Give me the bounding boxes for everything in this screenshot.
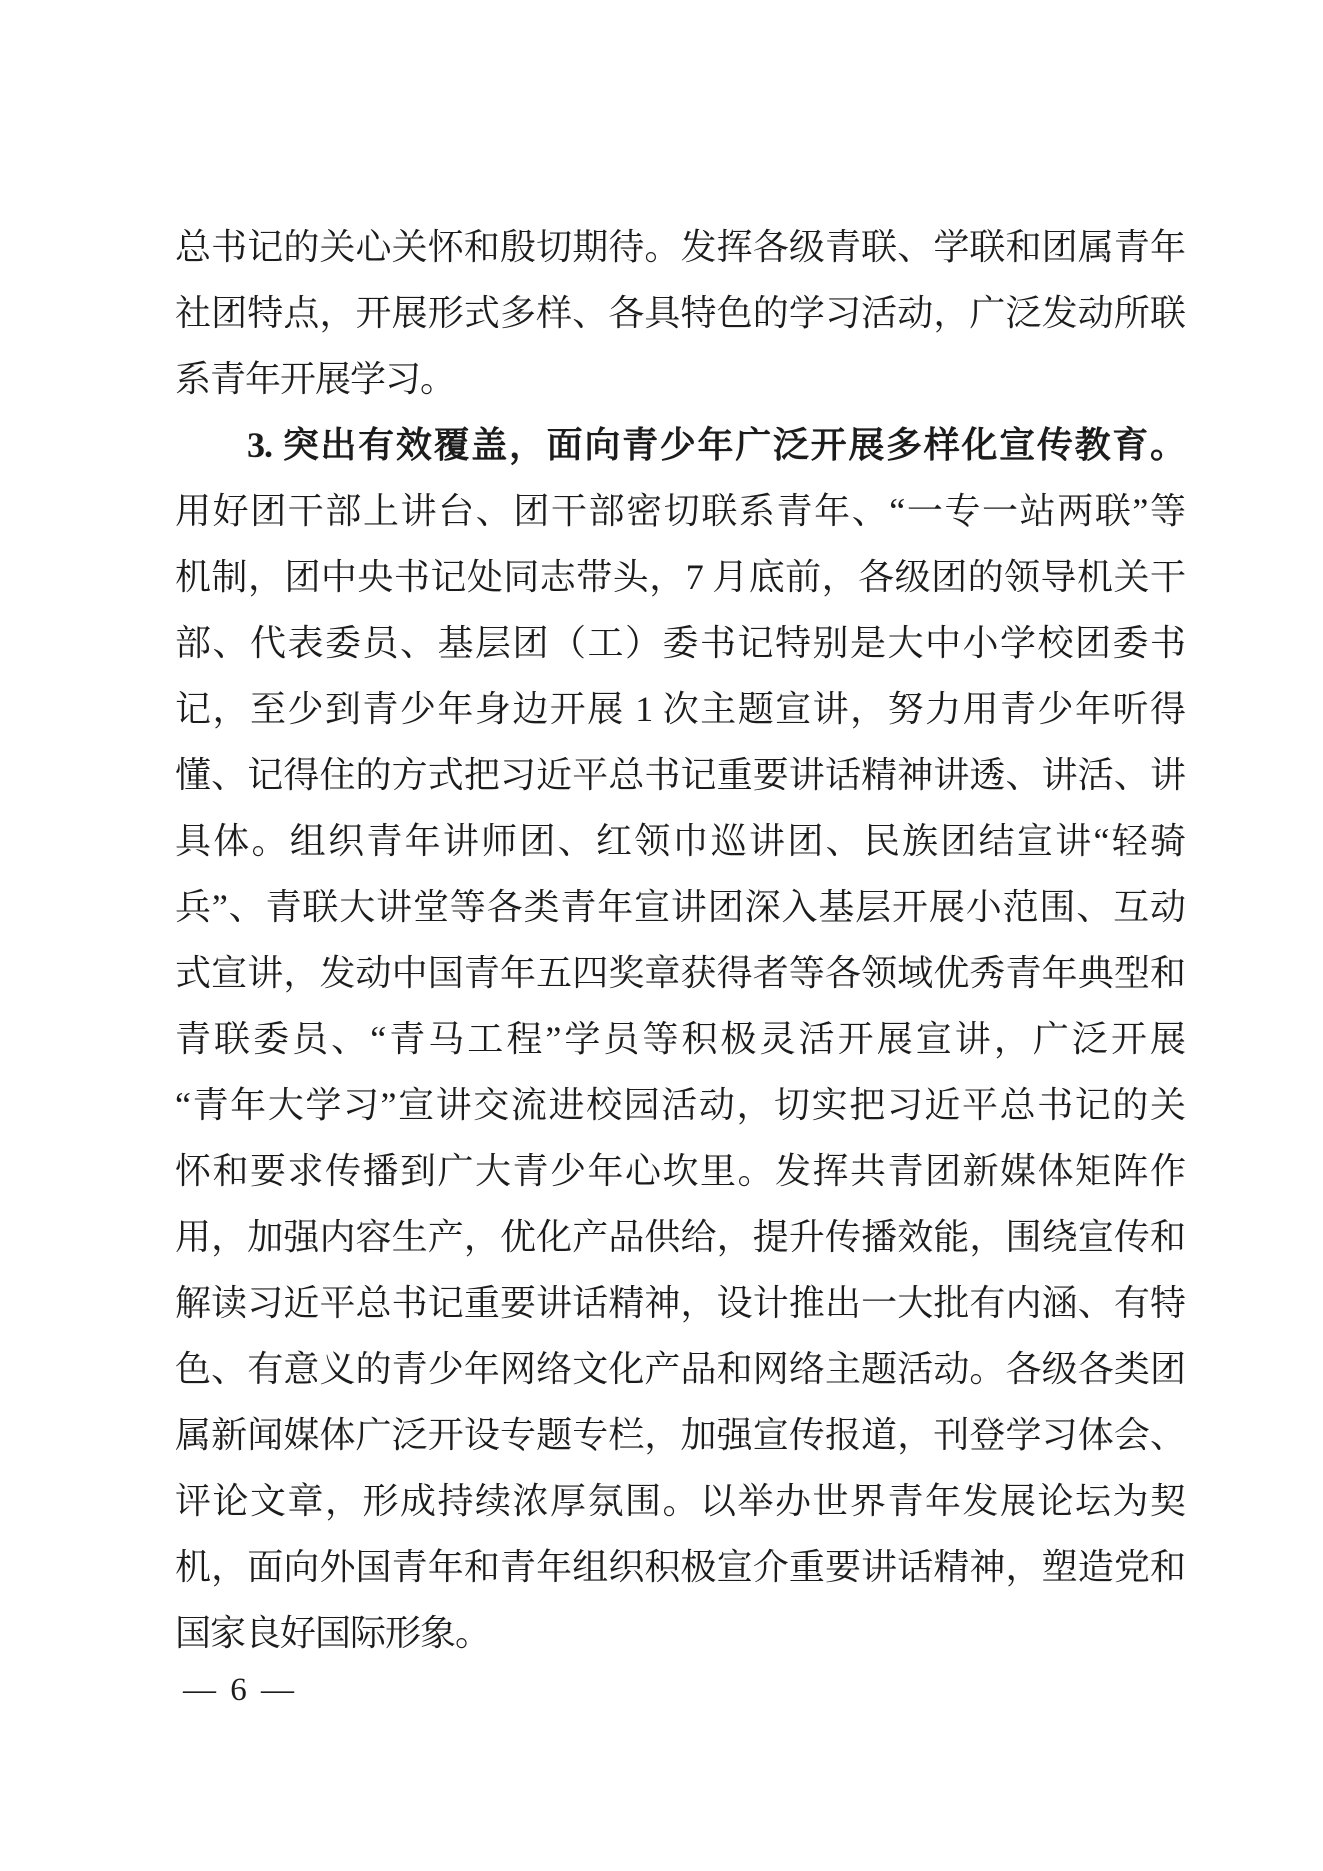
body-text-block: 总书记的关心关怀和殷切期待。发挥各级青联、学联和团属青年 社团特点，开展形式多样… [175, 214, 1185, 1666]
text-line: 具体。组织青年讲师团、红领巾巡讲团、民族团结宣讲“轻骑 [175, 808, 1185, 874]
text-line: 解读习近平总书记重要讲话精神，设计推出一大批有内涵、有特 [175, 1270, 1185, 1336]
page-number: — 6 — [183, 1670, 297, 1710]
text-line: 机，面向外国青年和青年组织积极宣介重要讲话精神，塑造党和 [175, 1534, 1185, 1600]
text-line-paragraph-end: 系青年开展学习。 [175, 346, 1185, 412]
text-line: 社团特点，开展形式多样、各具特色的学习活动，广泛发动所联 [175, 280, 1185, 346]
text-line: 评论文章，形成持续浓厚氛围。以举办世界青年发展论坛为契 [175, 1468, 1185, 1534]
text-line: 用好团干部上讲台、团干部密切联系青年、“一专一站两联”等 [175, 478, 1185, 544]
text-line: 懂、记得住的方式把习近平总书记重要讲话精神讲透、讲活、讲 [175, 742, 1185, 808]
section-heading-line: 3. 突出有效覆盖，面向青少年广泛开展多样化宣传教育。 [175, 412, 1185, 478]
text-line-paragraph-end: 国家良好国际形象。 [175, 1600, 1185, 1666]
text-line: “青年大学习”宣讲交流进校园活动，切实把习近平总书记的关 [175, 1072, 1185, 1138]
text-line: 兵”、青联大讲堂等各类青年宣讲团深入基层开展小范围、互动 [175, 874, 1185, 940]
text-line: 属新闻媒体广泛开设专题专栏，加强宣传报道，刊登学习体会、 [175, 1402, 1185, 1468]
text-line: 记，至少到青少年身边开展 1 次主题宣讲，努力用青少年听得 [175, 676, 1185, 742]
text-line: 机制，团中央书记处同志带头，7 月底前，各级团的领导机关干 [175, 544, 1185, 610]
text-line: 式宣讲，发动中国青年五四奖章获得者等各领域优秀青年典型和 [175, 940, 1185, 1006]
text-line: 总书记的关心关怀和殷切期待。发挥各级青联、学联和团属青年 [175, 214, 1185, 280]
text-line: 怀和要求传播到广大青少年心坎里。发挥共青团新媒体矩阵作 [175, 1138, 1185, 1204]
text-line: 色、有意义的青少年网络文化产品和网络主题活动。各级各类团 [175, 1336, 1185, 1402]
text-line: 部、代表委员、基层团（工）委书记特别是大中小学校团委书 [175, 610, 1185, 676]
text-line: 用，加强内容生产，优化产品供给，提升传播效能，围绕宣传和 [175, 1204, 1185, 1270]
document-page: 总书记的关心关怀和殷切期待。发挥各级青联、学联和团属青年 社团特点，开展形式多样… [0, 0, 1323, 1871]
text-line: 青联委员、“青马工程”学员等积极灵活开展宣讲，广泛开展 [175, 1006, 1185, 1072]
